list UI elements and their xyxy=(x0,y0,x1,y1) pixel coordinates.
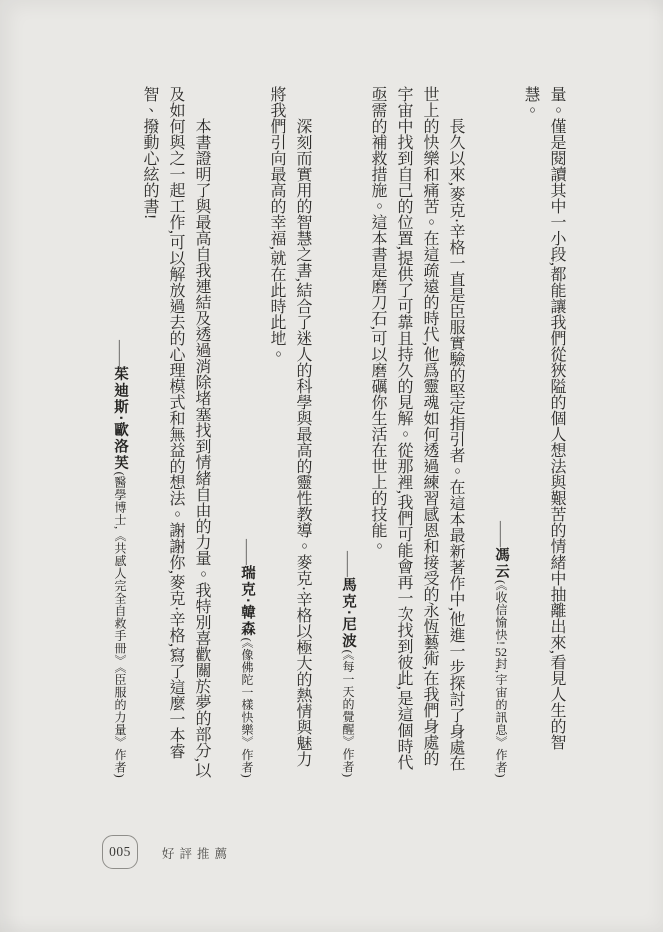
endorsements-block: 量。僅是閱讀其中一小段,都能讓我們從狹隘的個人想法與艱苦的情緒中抽離出來,看見人… xyxy=(87,86,569,778)
attribution-dash: —— xyxy=(494,521,509,547)
attribution-author-1: 馮云 xyxy=(493,547,509,580)
attribution-work-1-post: 封,宇宙的訊息》作者) xyxy=(494,658,508,779)
attribution-work-3: (《像佛陀一樣快樂》作者) xyxy=(240,638,254,779)
page-number-badge: 005 xyxy=(102,835,138,869)
attribution-work-4: (醫學博士,《共感人完全自救手冊》《臣服的力量》作者) xyxy=(113,472,127,779)
attribution-author-2: 馬克‧尼波 xyxy=(340,577,356,650)
tcy-number: 52 xyxy=(494,646,508,658)
attribution-work-1: (《收信愉快!52封,宇宙的訊息》作者) xyxy=(494,580,508,778)
attribution-dash: —— xyxy=(113,340,128,366)
quote-attribution-2: ——馬克‧尼波(《每一天的覺醒》作者) xyxy=(335,86,361,778)
quote-attribution-3: ——瑞克‧韓森(《像佛陀一樣快樂》作者) xyxy=(234,86,260,778)
book-page: 量。僅是閱讀其中一小段,都能讓我們從狹隘的個人想法與艱苦的情緒中抽離出來,看見人… xyxy=(0,0,663,932)
quote-text-1: 量。僅是閱讀其中一小段,都能讓我們從狹隘的個人想法與艱苦的情緒中抽離出來,看見人… xyxy=(517,86,569,778)
quote-attribution-1: ——馮云(《收信愉快!52封,宇宙的訊息》作者) xyxy=(488,86,514,778)
quote-text-2: 長久以來,麥克‧辛格一直是臣服實驗的堅定指引者。在這本最新著作中,他進一步探討了… xyxy=(364,86,468,778)
attribution-work-2: (《每一天的覺醒》作者) xyxy=(341,650,355,778)
attribution-dash: —— xyxy=(240,539,255,565)
page-number: 005 xyxy=(109,844,131,860)
quote-text-4: 本書證明了與最高自我連結及透過消除堵塞找到情緒自由的力量。我特別喜歡關於夢的部分… xyxy=(136,86,214,778)
attribution-author-3: 瑞克‧韓森 xyxy=(239,565,255,638)
quote-attribution-4: ——茱迪斯‧歐洛芙(醫學博士,《共感人完全自救手冊》《臣服的力量》作者) xyxy=(107,86,133,778)
attribution-dash: —— xyxy=(341,551,356,577)
running-section-title: 好評推薦 xyxy=(162,844,232,862)
quote-text-3: 深刻而實用的智慧之書,結合了迷人的科學與最高的靈性教導。麥克‧辛格以極大的熱情與… xyxy=(263,86,315,778)
attribution-author-4: 茱迪斯‧歐洛芙 xyxy=(112,366,128,472)
attribution-work-1-pre: (《收信愉快! xyxy=(494,580,508,646)
